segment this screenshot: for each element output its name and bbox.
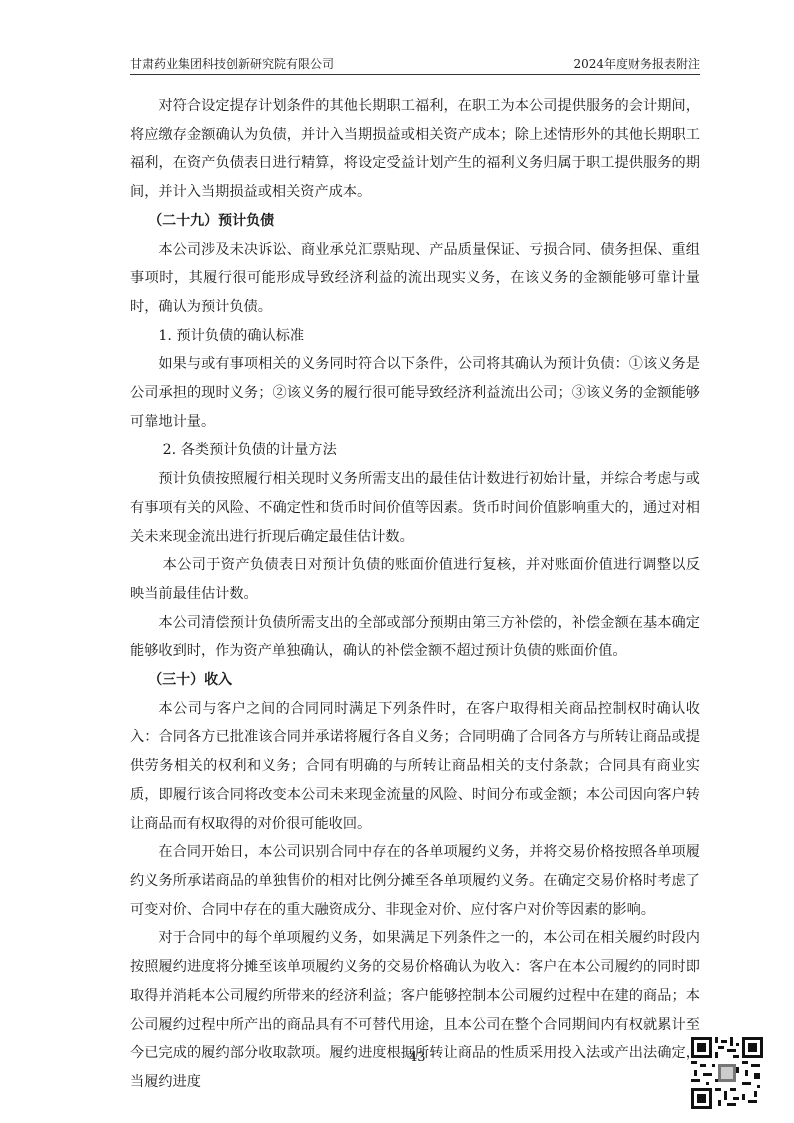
qr-code-icon	[691, 1037, 763, 1109]
document-body: 对符合设定提存计划条件的其他长期职工福利，在职工为本公司提供服务的会计期间，将应…	[130, 92, 700, 1097]
paragraph: 在合同开始日，本公司识别合同中存在的各单项履约义务，并将交易价格按照各单项履约义…	[130, 838, 700, 924]
section-heading-30: （三十）收入	[130, 666, 700, 695]
subheading-2: 2. 各类预计负债的计量方法	[130, 436, 700, 465]
paragraph: 预计负债按照履行相关现时义务所需支出的最佳估计数进行初始计量，并综合考虑与或有事…	[130, 465, 700, 551]
paragraph: 对于合同中的每个单项履约义务，如果满足下列条件之一的，本公司在相关履约时段内按照…	[130, 924, 700, 1096]
paragraph: 本公司与客户之间的合同同时满足下列条件时，在客户取得相关商品控制权时确认收入：合…	[130, 695, 700, 839]
paragraph: 本公司清偿预计负债所需支出的全部或部分预期由第三方补偿的，补偿金额在基本确定能够…	[130, 609, 700, 666]
paragraph: 本公司于资产负债表日对预计负债的账面价值进行复核，并对账面价值进行调整以反映当前…	[130, 551, 700, 608]
page-header: 甘肃药业集团科技创新研究院有限公司 2024年度财务报表附注	[130, 53, 700, 75]
page-number: 43	[409, 1050, 426, 1065]
paragraph: 如果与或有事项相关的义务同时符合以下条件，公司将其确认为预计负债：①该义务是公司…	[130, 350, 700, 436]
report-title: 2024年度财务报表附注	[573, 55, 700, 73]
paragraph: 对符合设定提存计划条件的其他长期职工福利，在职工为本公司提供服务的会计期间，将应…	[130, 92, 700, 207]
subheading-1: 1. 预计负债的确认标准	[130, 322, 700, 351]
section-heading-29: （二十九）预计负债	[130, 207, 700, 236]
paragraph: 本公司涉及未决诉讼、商业承兑汇票贴现、产品质量保证、亏损合同、债务担保、重组事项…	[130, 236, 700, 322]
company-name: 甘肃药业集团科技创新研究院有限公司	[130, 55, 334, 73]
